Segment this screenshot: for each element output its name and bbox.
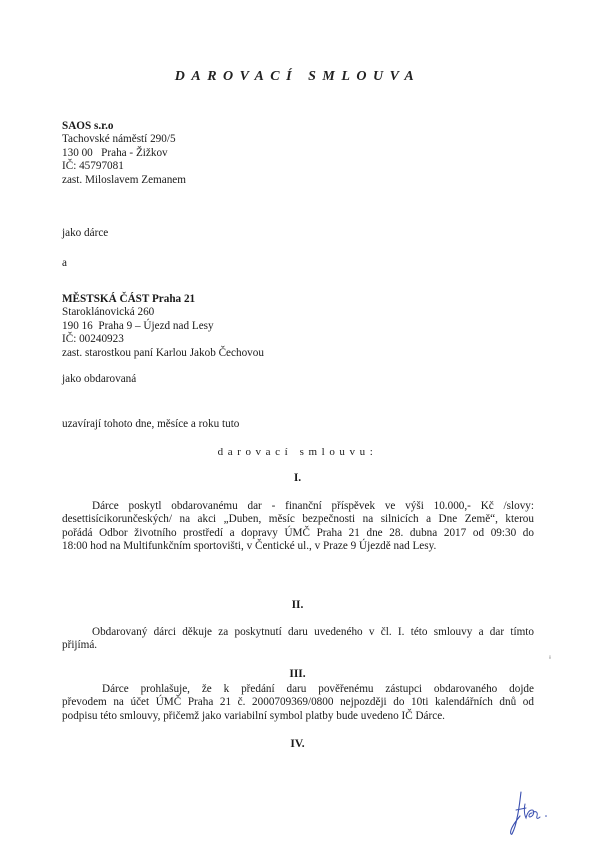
section-heading-2: II. bbox=[0, 599, 595, 612]
donor-address-line1: Tachovské náměstí 290/5 bbox=[62, 133, 186, 146]
recipient-representative: zast. starostkou paní Karlou Jakob Čecho… bbox=[62, 347, 264, 360]
section-1-line: pořádá Odbor životního prostředí a dopra… bbox=[62, 527, 534, 540]
signature-icon bbox=[508, 788, 553, 838]
recipient-address-line2: 190 16 Praha 9 – Újezd nad Lesy bbox=[62, 320, 264, 333]
recipient-name: MĚSTSKÁ ČÁST Praha 21 bbox=[62, 293, 264, 306]
donor-role: jako dárce bbox=[62, 227, 108, 240]
section-1-line: desettisícikorunčeských/ na akci „Duben,… bbox=[62, 513, 534, 526]
section-2-line: Obdarovaný dárci děkuje za poskytnutí da… bbox=[62, 626, 534, 639]
section-body-1: Dárce poskytl obdarovanému dar - finančn… bbox=[62, 500, 534, 554]
recipient-ic: IČ: 00240923 bbox=[62, 333, 264, 346]
section-1-line: 18:00 hod na Multifunkčním sportovišti, … bbox=[62, 540, 534, 553]
section-heading-1: I. bbox=[0, 472, 595, 485]
recipient-role: jako obdarovaná bbox=[62, 373, 136, 386]
section-heading-3: III. bbox=[0, 668, 595, 681]
recipient-block: MĚSTSKÁ ČÁST Praha 21 Staroklánovická 26… bbox=[62, 293, 264, 360]
section-2-line: přijímá. bbox=[62, 639, 534, 652]
margin-mark: ᵻ bbox=[549, 651, 551, 664]
section-3-line: Dárce prohlašuje, že k předání daru pově… bbox=[62, 683, 534, 696]
section-body-3: Dárce prohlašuje, že k předání daru pově… bbox=[62, 683, 534, 723]
section-1-line: Dárce poskytl obdarovanému dar - finančn… bbox=[62, 500, 534, 513]
section-heading-4: IV. bbox=[0, 738, 595, 751]
section-body-2: Obdarovaný dárci děkuje za poskytnutí da… bbox=[62, 626, 534, 653]
donor-representative: zast. Miloslavem Zemanem bbox=[62, 174, 186, 187]
donor-block: SAOS s.r.o Tachovské náměstí 290/5 130 0… bbox=[62, 120, 186, 187]
section-3-line: převodem na účet ÚMČ Praha 21 č. 2000709… bbox=[62, 696, 534, 709]
contract-subtitle: darovací smlouvu: bbox=[0, 446, 595, 459]
section-3-line: podpisu této smlouvy, přičemž jako varia… bbox=[62, 710, 534, 723]
conjunction: a bbox=[62, 257, 67, 270]
intro-text: uzavírají tohoto dne, měsíce a roku tuto bbox=[62, 418, 239, 431]
document-title: DAROVACÍ SMLOUVA bbox=[0, 70, 595, 83]
signature-initials bbox=[508, 788, 553, 838]
donor-ic: IČ: 45797081 bbox=[62, 160, 186, 173]
recipient-address-line1: Staroklánovická 260 bbox=[62, 306, 264, 319]
donor-name: SAOS s.r.o bbox=[62, 120, 186, 133]
donor-address-line2: 130 00 Praha - Žižkov bbox=[62, 147, 186, 160]
